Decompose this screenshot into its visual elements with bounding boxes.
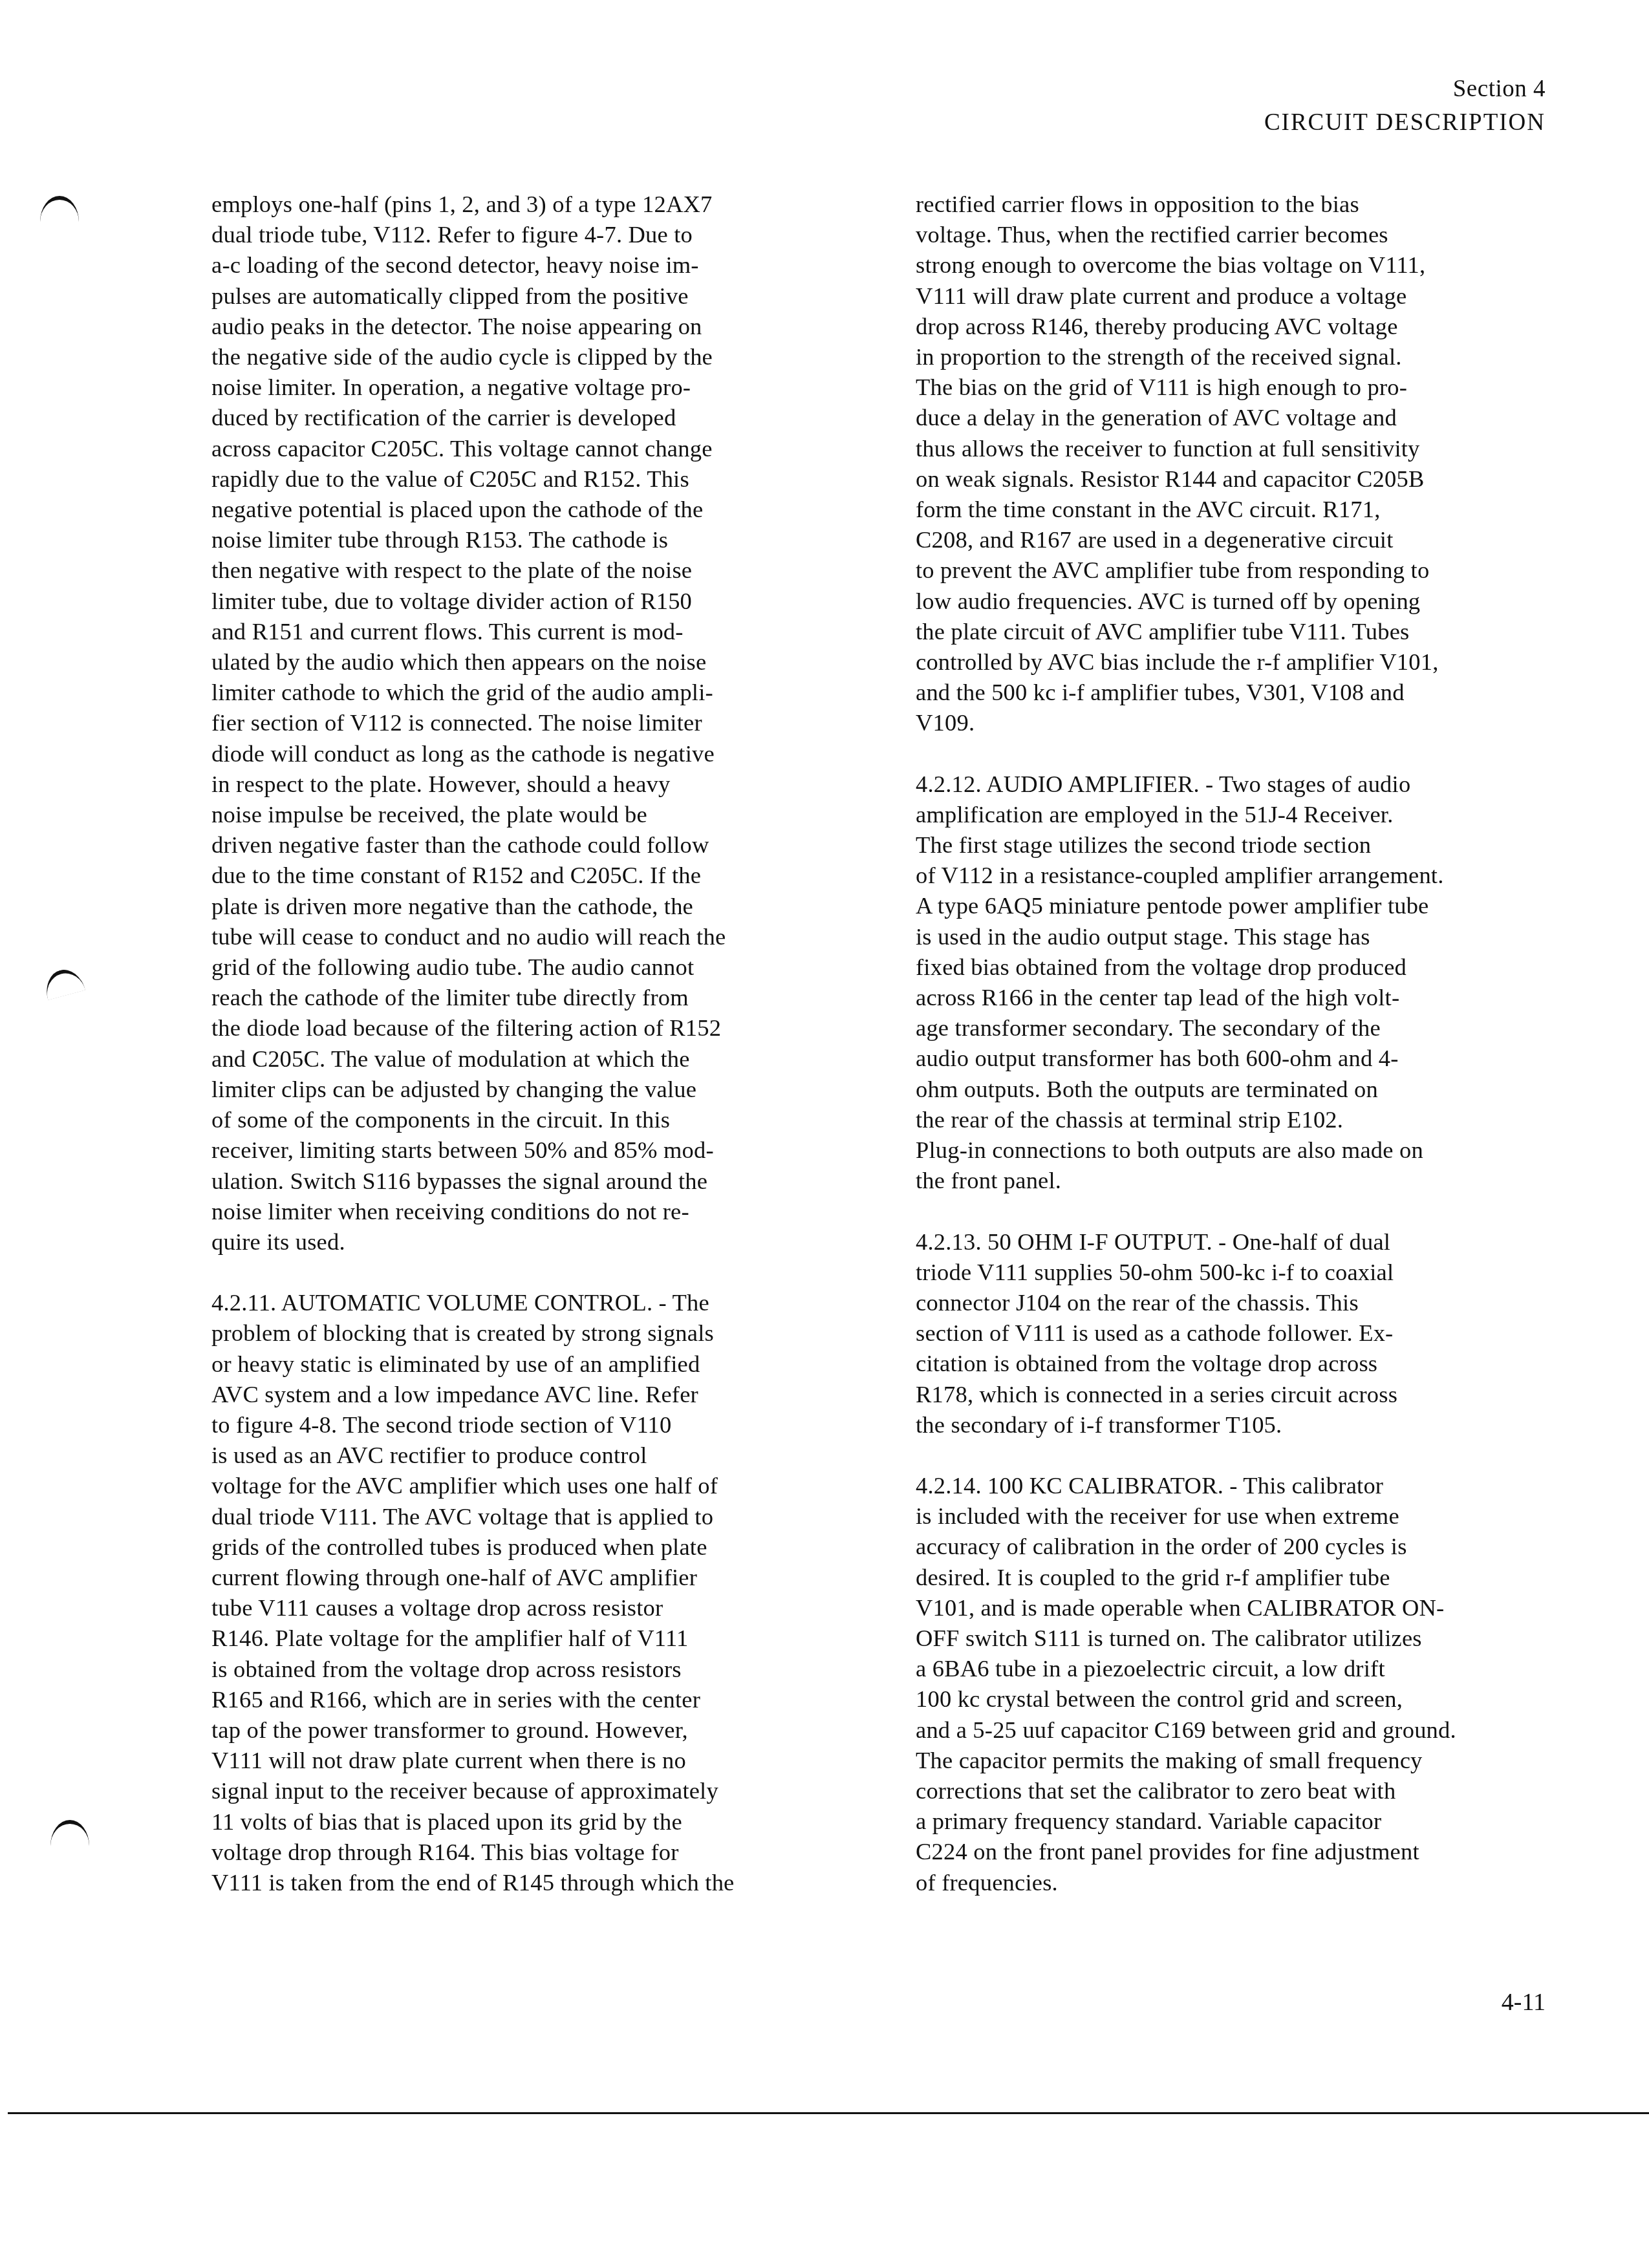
paragraph-4-2-11-automatic-volume-control: 4.2.11. AUTOMATIC VOLUME CONTROL. - The … [211,1287,884,1898]
paragraph-avc-continued: rectified carrier flows in opposition to… [916,189,1588,738]
page-header: Section 4 CIRCUIT DESCRIPTION [1264,72,1546,140]
right-column: rectified carrier flows in opposition to… [916,189,1588,1928]
paragraph-noise-limiter-continued: employs one-half (pins 1, 2, and 3) of a… [211,189,884,1257]
page-number: 4-11 [1502,1988,1546,2017]
binder-hole-mark-top [40,196,79,222]
paragraph-4-2-13-50-ohm-if-output: 4.2.13. 50 OHM I-F OUTPUT. - One-half of… [916,1226,1588,1440]
binder-hole-mark-middle [41,965,85,1000]
paragraph-4-2-14-100-kc-calibrator: 4.2.14. 100 KC CALIBRATOR. - This calibr… [916,1470,1588,1898]
bottom-rule-divider [8,2112,1649,2114]
binder-hole-mark-bottom [50,1820,89,1846]
left-column: employs one-half (pins 1, 2, and 3) of a… [211,189,884,1928]
section-number: Section 4 [1264,72,1546,106]
paragraph-4-2-12-audio-amplifier: 4.2.12. AUDIO AMPLIFIER. - Two stages of… [916,769,1588,1196]
section-title: CIRCUIT DESCRIPTION [1264,106,1546,140]
